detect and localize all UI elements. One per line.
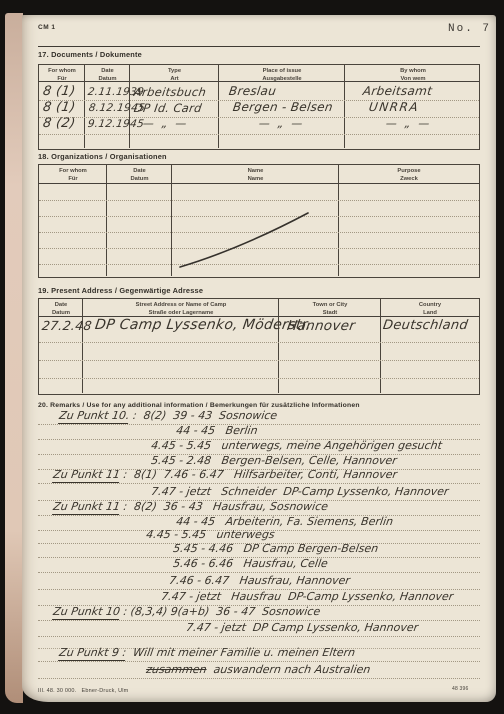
section-19-title: 19. Present Address / Gegenwärtige Adres… [38,286,203,295]
address-street: DP Camp Lyssenko, Möderstr. [94,317,312,333]
col-header-street: Street Address or Name of CampStraße ode… [83,299,279,318]
doc-row-for-whom: 8 (1) [42,84,76,99]
address-town: Hannover [286,318,356,334]
address-country: Deutschland [382,318,469,333]
column-line [344,64,345,148]
address-table-header: DateDatum Street Address or Name of Camp… [39,299,479,318]
column-line [106,164,107,276]
doc-row-place: Bergen - Belsen [232,100,334,114]
dotted-rule [39,134,479,135]
doc-row-by-whom-ditto: — „ — [385,117,431,130]
section-17-title: 17. Documents / Dokumente [38,50,142,59]
remark-line: Zu Punkt 11 : 8(1) 7.46 - 6.47 Hilfsarbe… [38,467,480,484]
divider-rule [38,46,480,47]
remark-line: zusammen auswandern nach Australien [38,662,480,679]
doc-row-type: Arbeitsbuch [133,85,207,99]
header-separator [38,81,479,82]
doc-row-for-whom: 8 (2) [42,116,76,131]
doc-row-for-whom: 8 (1) [42,100,76,115]
form-code: CM 1 [38,24,56,31]
col-header-date: DateDatum [107,165,172,184]
header-separator [38,183,479,184]
col-header-for-whom: For whomFür [39,165,107,184]
col-header-purpose: PurposeZweck [339,165,479,184]
printer-imprint: III. 48. 30 000. Ebner-Druck, Ulm [38,688,128,694]
dotted-rule [39,200,479,201]
doc-row-by-whom: Arbeitsamt [362,84,433,98]
doc-row-date: 9.12.1945 [87,118,145,130]
remark-line: 7.46 - 6.47 Hausfrau, Hannover [38,573,480,590]
col-header-date: DateDatum [39,299,83,318]
column-line [338,164,339,276]
footer-serial: 48 396 [452,686,469,692]
doc-row-place: Breslau [228,84,277,98]
dotted-rule [39,360,479,361]
col-header-town: Town or CityStadt [279,299,381,318]
organizations-table-header: For whomFür DateDatum NameName PurposeZw… [39,165,479,184]
remark-line: Zu Punkt 10 : (8,3,4) 9(a+b) 36 - 47 Sos… [38,604,480,621]
address-date: 27.2.48 [41,318,93,333]
book-spine-edge [5,13,23,703]
col-header-country: CountryLand [381,299,479,318]
remark-line: Zu Punkt 9 : Will mit meiner Familie u. … [38,645,480,662]
remark-line: 5.46 - 6.46 Hausfrau, Celle [38,556,480,573]
scanned-document: CM 1 No. 7 17. Documents / Dokumente For… [0,0,504,714]
column-line [218,64,219,148]
dotted-rule [39,378,479,379]
section-18-title: 18. Organizations / Organisationen [38,152,167,161]
doc-row-type-ditto: — „ — [142,117,188,130]
column-line [84,64,85,148]
doc-row-type: DP Id. Card [133,101,203,115]
col-header-name: NameName [172,165,339,184]
doc-row-by-whom: UNRRA [368,100,420,114]
dotted-rule [39,342,479,343]
handwritten-strike-line [170,205,320,275]
doc-row-place-ditto: — „ — [258,117,304,130]
page-number: No. 7 [448,23,491,35]
